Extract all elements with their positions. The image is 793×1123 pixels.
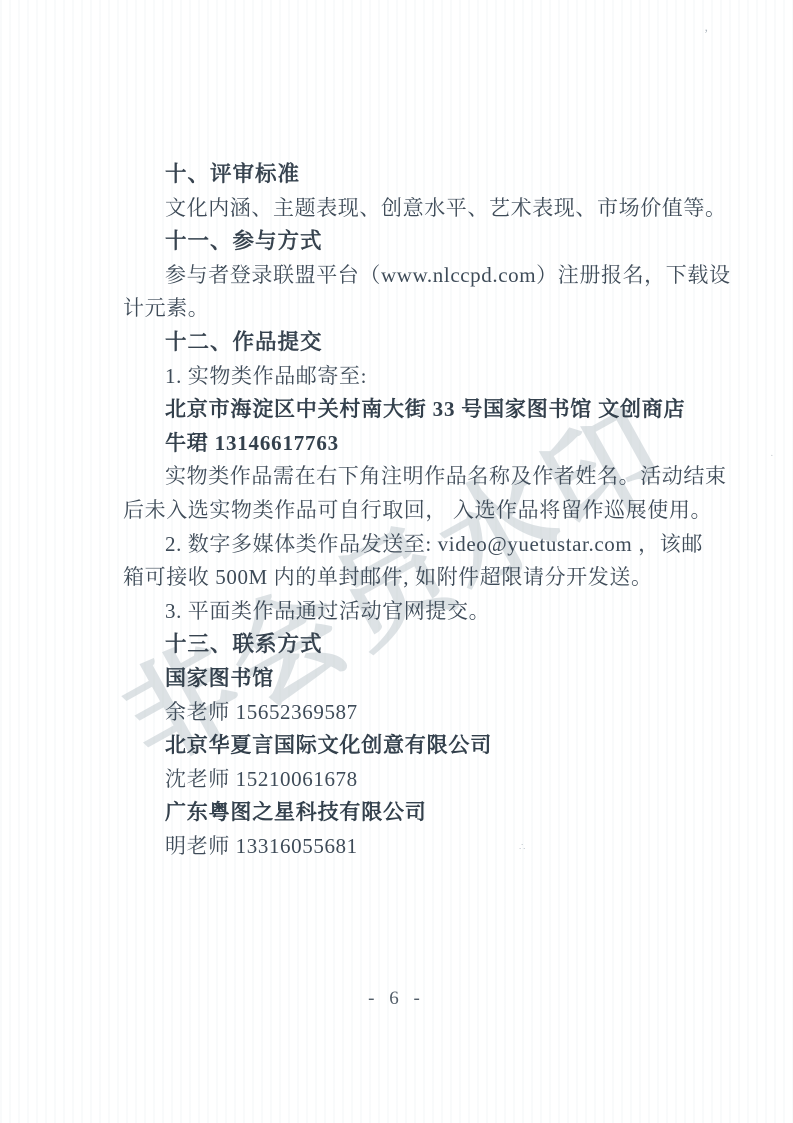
scan-speck: · — [770, 450, 774, 462]
scan-speck: ∴ — [519, 842, 525, 853]
doc-line: 文化内涵、主题表现、创意水平、艺术表现、市场价值等。 — [123, 192, 693, 226]
doc-line: 计元素。 — [123, 292, 693, 326]
section-heading-11: 十一、参与方式 — [123, 225, 693, 259]
contact-yu-teacher: 余老师 15652369587 — [123, 696, 693, 730]
org-national-library: 国家图书馆 — [123, 662, 693, 696]
document-page: 非会员水印 十、评审标准 文化内涵、主题表现、创意水平、艺术表现、市场价值等。 … — [0, 0, 793, 1123]
doc-line: 箱可接收 500M 内的单封邮件, 如附件超限请分开发送。 — [123, 561, 693, 595]
org-huaxiayan: 北京华夏言国际文化创意有限公司 — [123, 729, 693, 763]
section-heading-10: 十、评审标准 — [123, 158, 693, 192]
org-yuetu-star: 广东粤图之星科技有限公司 — [123, 796, 693, 830]
scan-speck: ’ — [704, 26, 708, 42]
contact-niu-jun: 牛珺 13146617763 — [123, 427, 693, 461]
doc-line: 实物类作品需在右下角注明作品名称及作者姓名。活动结束 — [123, 460, 693, 494]
mailing-address-line: 北京市海淀区中关村南大街 33 号国家图书馆 文创商店 — [123, 393, 693, 427]
page-number: - 6 - — [0, 988, 793, 1010]
document-body: 十、评审标准 文化内涵、主题表现、创意水平、艺术表现、市场价值等。 十一、参与方… — [123, 158, 693, 863]
doc-line: 参与者登录联盟平台（www.nlccpd.com）注册报名，下载设 — [123, 259, 693, 293]
doc-line-email: 2. 数字多媒体类作品发送至: video@yuetustar.com ，该邮 — [123, 528, 693, 562]
section-heading-12: 十二、作品提交 — [123, 326, 693, 360]
doc-line: 后未入选实物类作品可自行取回， 入选作品将留作巡展使用。 — [123, 494, 693, 528]
contact-shen-teacher: 沈老师 15210061678 — [123, 763, 693, 797]
contact-ming-teacher: 明老师 13316055681 — [123, 830, 693, 864]
section-heading-13: 十三、联系方式 — [123, 628, 693, 662]
doc-line: 1. 实物类作品邮寄至: — [123, 360, 693, 394]
doc-line: 3. 平面类作品通过活动官网提交。 — [123, 595, 693, 629]
